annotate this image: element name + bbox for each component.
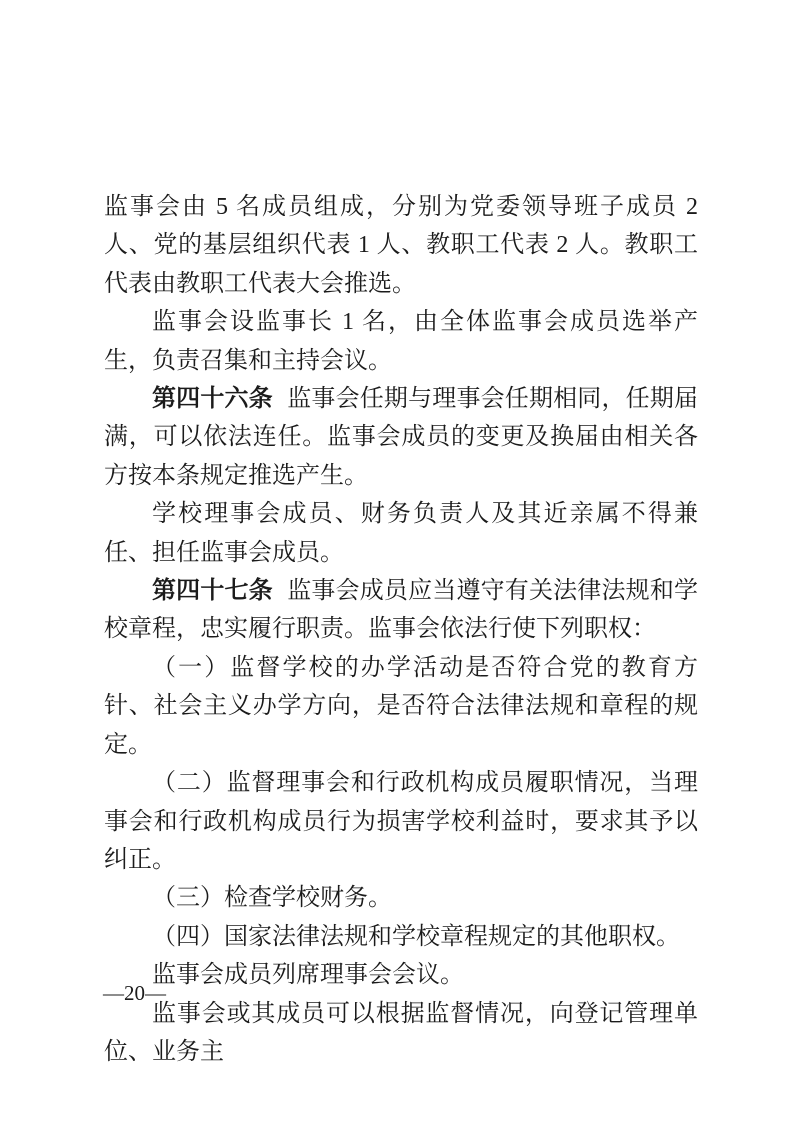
body-paragraph: 监事会设监事长 1 名，由全体监事会成员选举产生，负责召集和主持会议。 (104, 303, 698, 380)
body-paragraph: 监事会或其成员可以根据监督情况，向登记管理单位、业务主 (104, 995, 698, 1072)
body-paragraph: 监事会由 5 名成员组成，分别为党委领导班子成员 2 人、党的基层组织代表 1 … (104, 188, 698, 303)
body-paragraph-item-3: （三）检查学校财务。 (104, 879, 698, 917)
paragraph-text: （四）国家法律法规和学校章程规定的其他职权。 (152, 924, 680, 950)
article-number-label: 第四十七条 (152, 577, 273, 604)
paragraph-text: （一）监督学校的办学活动是否符合党的教育方针、社会主义办学方向，是否符合法律法规… (104, 655, 698, 758)
body-paragraph-article-46: 第四十六条监事会任期与理事会任期相同，任期届满，可以依法连任。监事会成员的变更及… (104, 380, 698, 495)
paragraph-text: 学校理事会成员、财务负责人及其近亲属不得兼任、担任监事会成员。 (104, 501, 698, 565)
paragraph-text: 监事会设监事长 1 名，由全体监事会成员选举产生，负责召集和主持会议。 (104, 309, 698, 373)
paragraph-text: 监事会成员列席理事会会议。 (152, 962, 464, 988)
body-paragraph: 监事会成员列席理事会会议。 (104, 956, 698, 994)
paragraph-text: （二）监督理事会和行政机构成员履职情况，当理事会和行政机构成员行为损害学校利益时… (104, 770, 698, 873)
body-paragraph: 学校理事会成员、财务负责人及其近亲属不得兼任、担任监事会成员。 (104, 495, 698, 572)
body-paragraph-article-47: 第四十七条监事会成员应当遵守有关法律法规和学校章程，忠实履行职责。监事会依法行使… (104, 572, 698, 649)
body-paragraph-item-4: （四）国家法律法规和学校章程规定的其他职权。 (104, 918, 698, 956)
document-body: 监事会由 5 名成员组成，分别为党委领导班子成员 2 人、党的基层组织代表 1 … (104, 188, 698, 1071)
article-number-label: 第四十六条 (152, 385, 273, 412)
document-page: 监事会由 5 名成员组成，分别为党委领导班子成员 2 人、党的基层组织代表 1 … (0, 0, 793, 1122)
body-paragraph-item-2: （二）监督理事会和行政机构成员履职情况，当理事会和行政机构成员行为损害学校利益时… (104, 764, 698, 879)
paragraph-text: 监事会或其成员可以根据监督情况，向登记管理单位、业务主 (104, 1001, 698, 1065)
paragraph-text: （三）检查学校财务。 (152, 885, 392, 911)
body-paragraph-item-1: （一）监督学校的办学活动是否符合党的教育方针、社会主义办学方向，是否符合法律法规… (104, 649, 698, 764)
paragraph-text: 监事会由 5 名成员组成，分别为党委领导班子成员 2 人、党的基层组织代表 1 … (104, 194, 698, 297)
page-number: —20— (103, 981, 166, 1005)
